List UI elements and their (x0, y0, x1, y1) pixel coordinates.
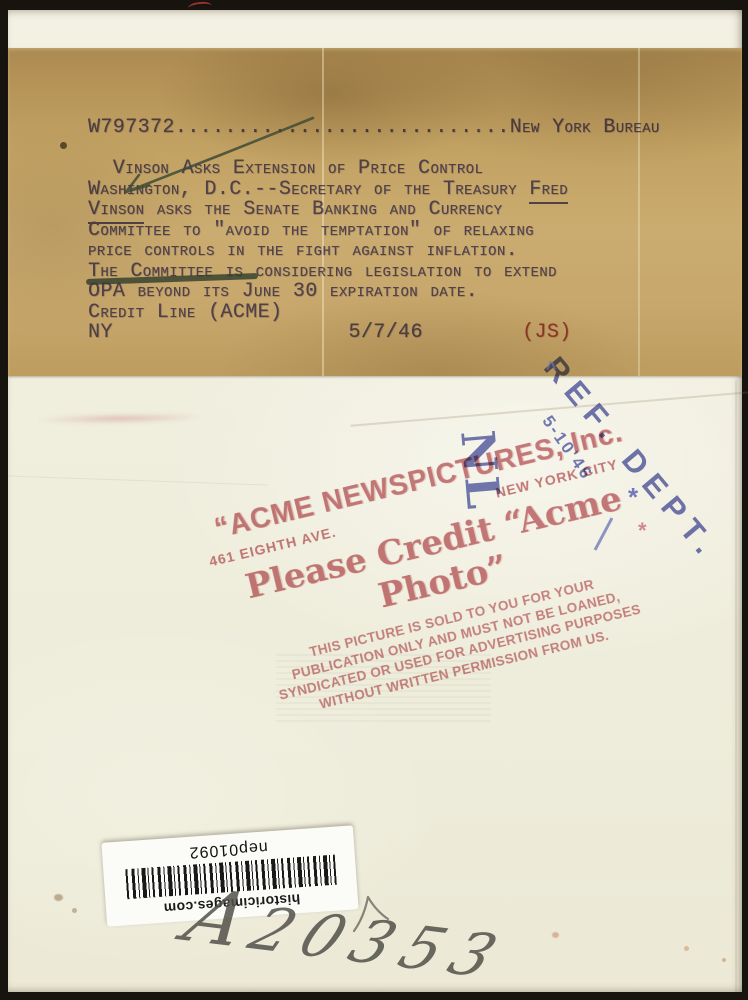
caption-line: NY 5/7/46 (JS) (88, 323, 660, 344)
caption-line: OPA beyond its June 30 expiration date. (88, 282, 660, 303)
caret-mark: ^ (546, 358, 557, 379)
initials-stamp: NL (450, 428, 511, 515)
asterisk-mark: * (638, 518, 647, 544)
caption-segment: (JS) (522, 321, 572, 344)
caption-segment: New York Bureau (510, 116, 660, 139)
stain-mark (60, 142, 67, 149)
sticker-code-text: nep01092 (188, 837, 268, 860)
stain-mark (722, 958, 726, 962)
caption-line (88, 139, 660, 160)
stain-mark (552, 932, 559, 938)
crease-line (735, 380, 737, 992)
caption-line: Credit Line (ACME) (88, 303, 660, 324)
caption-line: Committee to "avoid the temptation" of r… (88, 221, 660, 242)
photo-back: W797372...........................New Yo… (8, 10, 742, 992)
handwritten-number: A20353 (172, 873, 526, 995)
caption-segment (423, 321, 522, 344)
caption-text: W797372...........................New Yo… (88, 118, 660, 344)
caption-segment: 5/7/46 (348, 321, 422, 344)
crease-line (8, 475, 268, 485)
asterisk-mark: * (628, 482, 638, 513)
stain-mark (16, 410, 226, 427)
stain-mark (684, 946, 689, 951)
caption-line: price controls in the fight against infl… (88, 241, 660, 262)
caption-segment: ........................... (175, 116, 510, 139)
caption-line: Vinson asks the Senate Banking and Curre… (88, 200, 660, 221)
caption-line: Washington, D.C.--Secretary of the Treas… (88, 180, 660, 201)
caption-segment: NY (88, 321, 113, 344)
caption-segment (113, 321, 349, 344)
press-photo-verso: { "caption_slip": { "typed_ink_color": "… (0, 0, 748, 1000)
caption-line: Vinson Asks Extension of Price Control (88, 159, 660, 180)
caption-segment: Fred (529, 178, 568, 204)
stain-mark (54, 894, 63, 901)
stain-mark (72, 908, 77, 913)
caption-slip: W797372...........................New Yo… (8, 48, 742, 376)
caption-line: W797372...........................New Yo… (88, 118, 660, 139)
caption-segment: W797372 (88, 116, 175, 139)
